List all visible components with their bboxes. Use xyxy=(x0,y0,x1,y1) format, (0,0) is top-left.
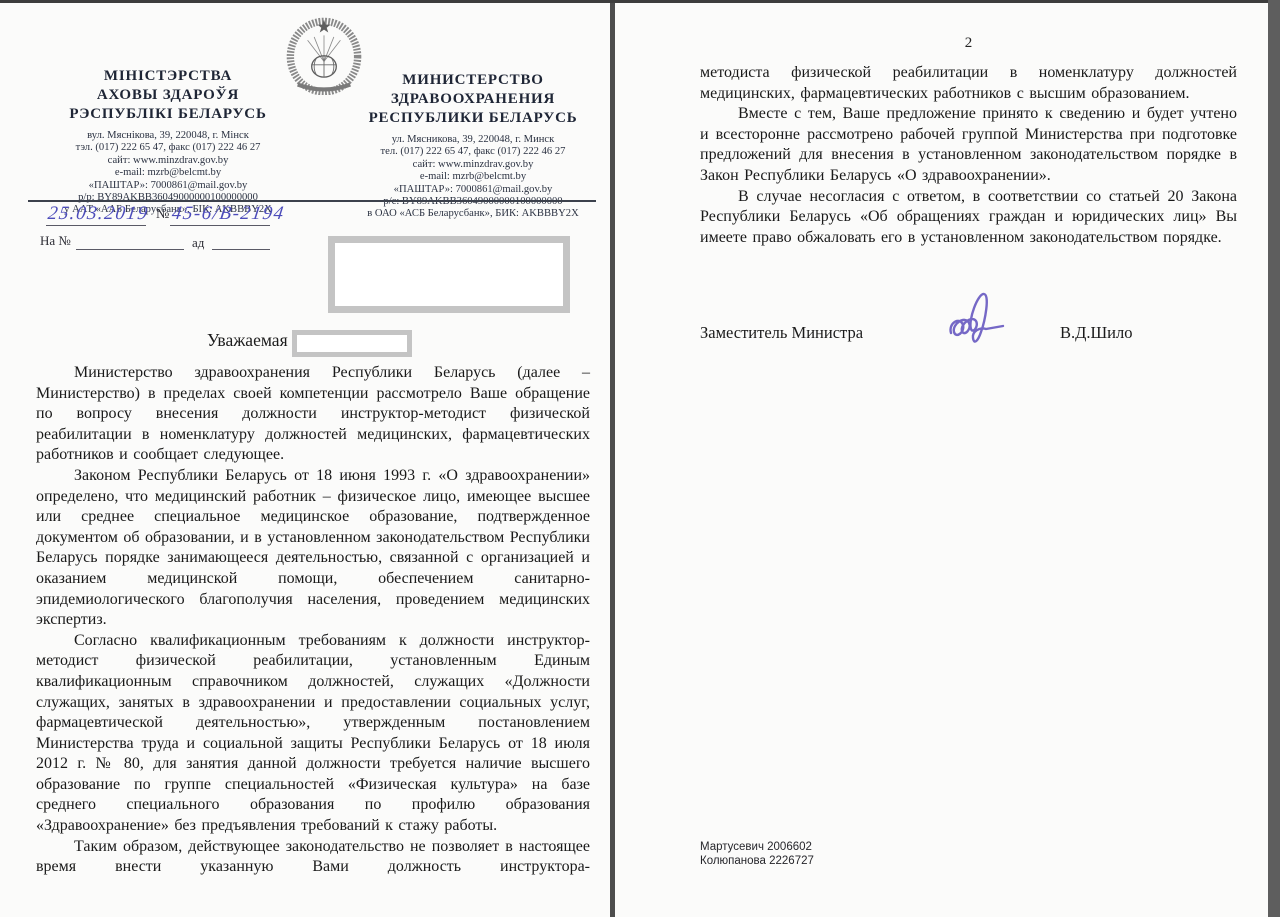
ministry-title-ru: МИНИСТЕРСТВО ЗДРАВООХРАНЕНИЯ РЕСПУБЛИКИ … xyxy=(346,71,600,128)
handwritten-date: 25.03.2019 xyxy=(46,203,150,225)
signer-position-title: Заместитель Министра xyxy=(700,323,863,343)
contact-line: «ПАШТАР»: 7000861@mail.gov.by xyxy=(22,180,314,192)
contact-line: «ПАШТАР»: 7000861@mail.gov.by xyxy=(346,184,600,196)
signer-name: В.Д.Шило xyxy=(1060,323,1132,343)
form-line xyxy=(212,249,270,250)
contact-line: р/с: BY89AKBB36049000000100000000 xyxy=(346,196,600,208)
paragraph: Таким образом, действующее законодательс… xyxy=(36,837,590,878)
redacted-recipient-address xyxy=(328,236,570,313)
contact-line: e-mail: mzrb@belcmt.by xyxy=(22,167,314,179)
executor-line: Мартусевич 2006602 xyxy=(700,841,814,855)
form-line xyxy=(76,249,184,250)
reply-from-label: ад xyxy=(192,235,204,251)
greeting-line: Уважаемая ! xyxy=(207,330,298,351)
contact-line: ул. Мясникова, 39, 220048, г. Минск xyxy=(346,134,600,146)
paragraph: Вместе с тем, Ваше предложение принято к… xyxy=(700,104,1237,186)
contact-line: сайт: www.minzdrav.gov.by xyxy=(346,159,600,171)
title-line: ЗДРАВООХРАНЕНИЯ xyxy=(346,90,600,109)
form-line xyxy=(46,225,146,226)
title-line: РЕСПУБЛИКИ БЕЛАРУСЬ xyxy=(346,109,600,128)
handwritten-signature xyxy=(943,289,1047,355)
scan-right-edge xyxy=(1268,0,1280,917)
paragraph: В случае несогласия с ответом, в соответ… xyxy=(700,187,1237,249)
title-line: АХОВЫ ЗДАРОЎЯ xyxy=(22,86,314,105)
contact-line: в ОАО «АСБ Беларусбанк», БИК: AKBBBY2X xyxy=(346,208,600,220)
paragraph: Законом Республики Беларусь от 18 июня 1… xyxy=(36,466,590,631)
redacted-recipient-name xyxy=(292,330,412,357)
executor-line: Колюпанова 2226727 xyxy=(700,855,814,869)
title-line: МИНИСТЕРСТВО xyxy=(346,71,600,90)
contact-line: тел. (017) 222 65 47, факс (017) 222 46 … xyxy=(346,146,600,158)
contact-line: сайт: www.minzdrav.gov.by xyxy=(22,155,314,167)
paragraph: методиста физической реабилитации в номе… xyxy=(700,63,1237,104)
form-line xyxy=(170,225,270,226)
reply-to-label: На № xyxy=(40,233,71,249)
executors-block: Мартусевич 2006602 Колюпанова 2226727 xyxy=(700,841,814,868)
greeting-prefix: Уважаемая xyxy=(207,330,288,350)
ministry-title-by: МІНІСТЭРСТВА АХОВЫ ЗДАРОЎЯ РЭСПУБЛІКІ БЕ… xyxy=(22,67,314,124)
letterhead-belarusian: МІНІСТЭРСТВА АХОВЫ ЗДАРОЎЯ РЭСПУБЛІКІ БЕ… xyxy=(22,67,314,217)
paragraph: Согласно квалификационным требованиям к … xyxy=(36,631,590,837)
scanned-document: МІНІСТЭРСТВА АХОВЫ ЗДАРОЎЯ РЭСПУБЛІКІ БЕ… xyxy=(0,0,1280,917)
ministry-contacts-ru: ул. Мясникова, 39, 220048, г. Минск тел.… xyxy=(346,134,600,221)
title-line: МІНІСТЭРСТВА xyxy=(22,67,314,86)
letterhead-russian: МИНИСТЕРСТВО ЗДРАВООХРАНЕНИЯ РЕСПУБЛИКИ … xyxy=(346,71,600,221)
letter-page-1: МІНІСТЭРСТВА АХОВЫ ЗДАРОЎЯ РЭСПУБЛІКІ БЕ… xyxy=(0,3,610,917)
paragraph: Министерство здравоохранения Республики … xyxy=(36,363,590,466)
contact-line: вул. Мяснікова, 39, 220048, г. Мінск xyxy=(22,130,314,142)
letter-page-2: 2 методиста физической реабилитации в но… xyxy=(615,3,1268,917)
handwritten-outgoing-number: 45-6/В-2194 xyxy=(170,203,286,225)
contact-line: тэл. (017) 222 65 47, факс (017) 222 46 … xyxy=(22,142,314,154)
page-number: 2 xyxy=(700,35,1237,52)
title-line: РЭСПУБЛІКІ БЕЛАРУСЬ xyxy=(22,105,314,124)
letter-body-page-2: методиста физической реабилитации в номе… xyxy=(700,63,1237,248)
letterhead-divider-line xyxy=(28,200,596,202)
contact-line: e-mail: mzrb@belcmt.by xyxy=(346,171,600,183)
letter-body-page-1: Министерство здравоохранения Республики … xyxy=(36,363,590,878)
number-sign: № xyxy=(156,207,169,223)
